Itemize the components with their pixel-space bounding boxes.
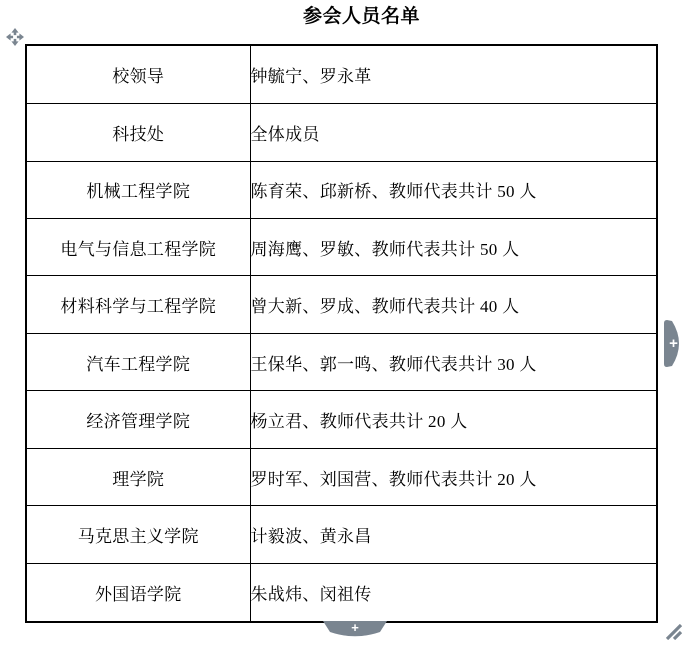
table-row: 校领导 钟毓宁、罗永革 bbox=[26, 45, 657, 104]
plus-icon: + bbox=[322, 621, 388, 634]
department-cell[interactable]: 机械工程学院 bbox=[26, 161, 250, 218]
expand-right-button[interactable]: + bbox=[664, 320, 687, 367]
table-row: 汽车工程学院 王保华、郭一鸣、教师代表共计 30 人 bbox=[26, 333, 657, 390]
department-cell[interactable]: 经济管理学院 bbox=[26, 391, 250, 448]
table-row: 材料科学与工程学院 曾大新、罗成、教师代表共计 40 人 bbox=[26, 276, 657, 333]
members-cell[interactable]: 朱战炜、闵祖传 bbox=[250, 563, 657, 622]
department-cell[interactable]: 科技处 bbox=[26, 104, 250, 161]
members-cell[interactable]: 全体成员 bbox=[250, 104, 657, 161]
department-cell[interactable]: 理学院 bbox=[26, 448, 250, 505]
members-cell[interactable]: 计毅波、黄永昌 bbox=[250, 506, 657, 563]
members-cell[interactable]: 罗时军、刘国营、教师代表共计 20 人 bbox=[250, 448, 657, 505]
table-row: 马克思主义学院 计毅波、黄永昌 bbox=[26, 506, 657, 563]
members-cell[interactable]: 陈育荣、邱新桥、教师代表共计 50 人 bbox=[250, 161, 657, 218]
department-cell[interactable]: 汽车工程学院 bbox=[26, 333, 250, 390]
page-title: 参会人员名单 bbox=[0, 4, 687, 30]
department-cell[interactable]: 材料科学与工程学院 bbox=[26, 276, 250, 333]
department-cell[interactable]: 校领导 bbox=[26, 45, 250, 104]
add-row-button[interactable]: + bbox=[322, 621, 388, 639]
department-cell[interactable]: 电气与信息工程学院 bbox=[26, 219, 250, 276]
plus-icon: + bbox=[664, 335, 683, 350]
members-cell[interactable]: 杨立君、教师代表共计 20 人 bbox=[250, 391, 657, 448]
table-row: 经济管理学院 杨立君、教师代表共计 20 人 bbox=[26, 391, 657, 448]
department-cell[interactable]: 外国语学院 bbox=[26, 563, 250, 622]
members-cell[interactable]: 曾大新、罗成、教师代表共计 40 人 bbox=[250, 276, 657, 333]
table-row: 理学院 罗时军、刘国营、教师代表共计 20 人 bbox=[26, 448, 657, 505]
members-cell[interactable]: 王保华、郭一鸣、教师代表共计 30 人 bbox=[250, 333, 657, 390]
table-resize-handle-icon[interactable] bbox=[666, 624, 682, 640]
table-row: 科技处 全体成员 bbox=[26, 104, 657, 161]
table-row: 电气与信息工程学院 周海鹰、罗敏、教师代表共计 50 人 bbox=[26, 219, 657, 276]
members-cell[interactable]: 周海鹰、罗敏、教师代表共计 50 人 bbox=[250, 219, 657, 276]
members-cell[interactable]: 钟毓宁、罗永革 bbox=[250, 45, 657, 104]
participants-table: 校领导 钟毓宁、罗永革 科技处 全体成员 机械工程学院 陈育荣、邱新桥、教师代表… bbox=[25, 44, 658, 623]
table-row: 外国语学院 朱战炜、闵祖传 bbox=[26, 563, 657, 622]
table-row: 机械工程学院 陈育荣、邱新桥、教师代表共计 50 人 bbox=[26, 161, 657, 218]
table-move-handle-icon[interactable] bbox=[6, 28, 24, 46]
department-cell[interactable]: 马克思主义学院 bbox=[26, 506, 250, 563]
